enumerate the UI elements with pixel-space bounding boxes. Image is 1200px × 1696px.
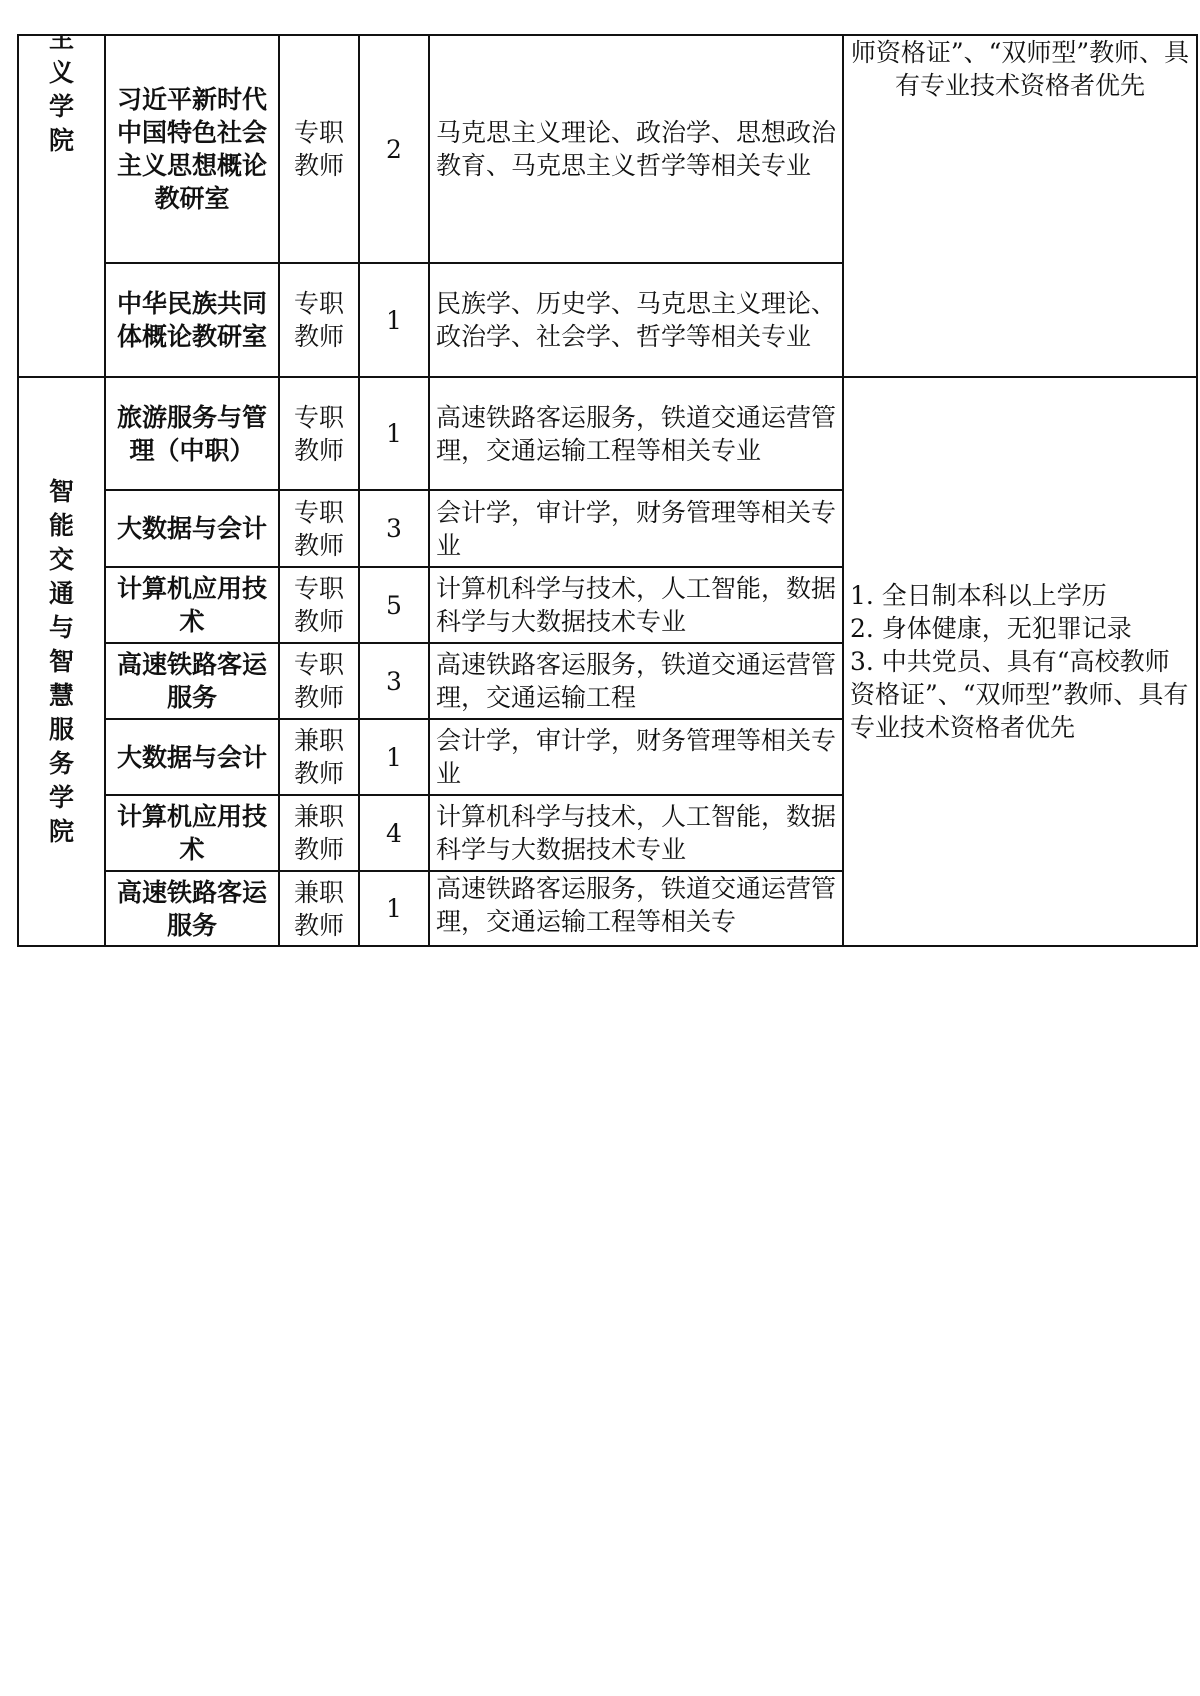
- major-cell: 高速铁路客运服务，铁道交通运营管理，交通运输工程等相关专业: [429, 377, 843, 490]
- count-cell: 4: [359, 795, 429, 871]
- college-name: 主义学院: [47, 35, 77, 158]
- count-cell: 3: [359, 643, 429, 719]
- dept-cell: 计算机应用技术: [105, 567, 279, 643]
- dept-cell: 中华民族共同体概论教研室: [105, 263, 279, 377]
- count-cell: 1: [359, 263, 429, 377]
- type-cell: 专职教师: [279, 490, 359, 567]
- type-cell: 专职教师: [279, 263, 359, 377]
- college-cell: 主义学院: [18, 35, 105, 377]
- college-name: 智能交通与智慧服务学院: [47, 475, 77, 849]
- requirements-cell: 1. 全日制本科以上学历 2. 身体健康，无犯罪记录 3. 中共党员、具有“高校…: [843, 377, 1197, 946]
- dept-cell: 旅游服务与管理（中职）: [105, 377, 279, 490]
- count-cell: 1: [359, 377, 429, 490]
- type-cell: 兼职教师: [279, 871, 359, 946]
- dept-cell: 高速铁路客运服务: [105, 643, 279, 719]
- type-cell: 兼职教师: [279, 719, 359, 795]
- type-cell: 专职教师: [279, 35, 359, 263]
- major-cell: 马克思主义理论、政治学、思想政治教育、马克思主义哲学等相关专业: [429, 35, 843, 263]
- major-cell: 计算机科学与技术，人工智能，数据科学与大数据技术专业: [429, 795, 843, 871]
- dept-cell: 大数据与会计: [105, 719, 279, 795]
- major-cell: 民族学、历史学、马克思主义理论、政治学、社会学、哲学等相关专业: [429, 263, 843, 377]
- major-cell: 计算机科学与技术，人工智能，数据科学与大数据技术专业: [429, 567, 843, 643]
- count-cell: 2: [359, 35, 429, 263]
- college-cell: 智能交通与智慧服务学院: [18, 377, 105, 946]
- major-cell: 会计学，审计学，财务管理等相关专业: [429, 490, 843, 567]
- table-row: 主义学院 习近平新时代中国特色社会主义思想概论教研室 专职教师 2 马克思主义理…: [18, 35, 1197, 263]
- type-cell: 专职教师: [279, 567, 359, 643]
- type-cell: 专职教师: [279, 643, 359, 719]
- dept-cell: 习近平新时代中国特色社会主义思想概论教研室: [105, 35, 279, 263]
- count-cell: 3: [359, 490, 429, 567]
- dept-cell: 计算机应用技术: [105, 795, 279, 871]
- table-row: 智能交通与智慧服务学院 旅游服务与管理（中职） 专职教师 1 高速铁路客运服务，…: [18, 377, 1197, 490]
- major-cell: 会计学，审计学，财务管理等相关专业: [429, 719, 843, 795]
- type-cell: 兼职教师: [279, 795, 359, 871]
- major-cell: 高速铁路客运服务，铁道交通运营管理，交通运输工程等相关专: [429, 871, 843, 946]
- recruitment-table: 主义学院 习近平新时代中国特色社会主义思想概论教研室 专职教师 2 马克思主义理…: [17, 34, 1198, 947]
- count-cell: 1: [359, 719, 429, 795]
- requirement-item: 3. 中共党员、具有“高校教师资格证”、“双师型”教师、具有专业技术资格者优先: [850, 645, 1190, 744]
- count-cell: 1: [359, 871, 429, 946]
- dept-cell: 大数据与会计: [105, 490, 279, 567]
- count-cell: 5: [359, 567, 429, 643]
- dept-cell: 高速铁路客运服务: [105, 871, 279, 946]
- major-cell: 高速铁路客运服务，铁道交通运营管理，交通运输工程: [429, 643, 843, 719]
- requirement-item: 2. 身体健康，无犯罪记录: [850, 612, 1190, 645]
- requirement-item: 1. 全日制本科以上学历: [850, 579, 1190, 612]
- requirements-cell: 师资格证”、“双师型”教师、具有专业技术资格者优先: [843, 35, 1197, 377]
- type-cell: 专职教师: [279, 377, 359, 490]
